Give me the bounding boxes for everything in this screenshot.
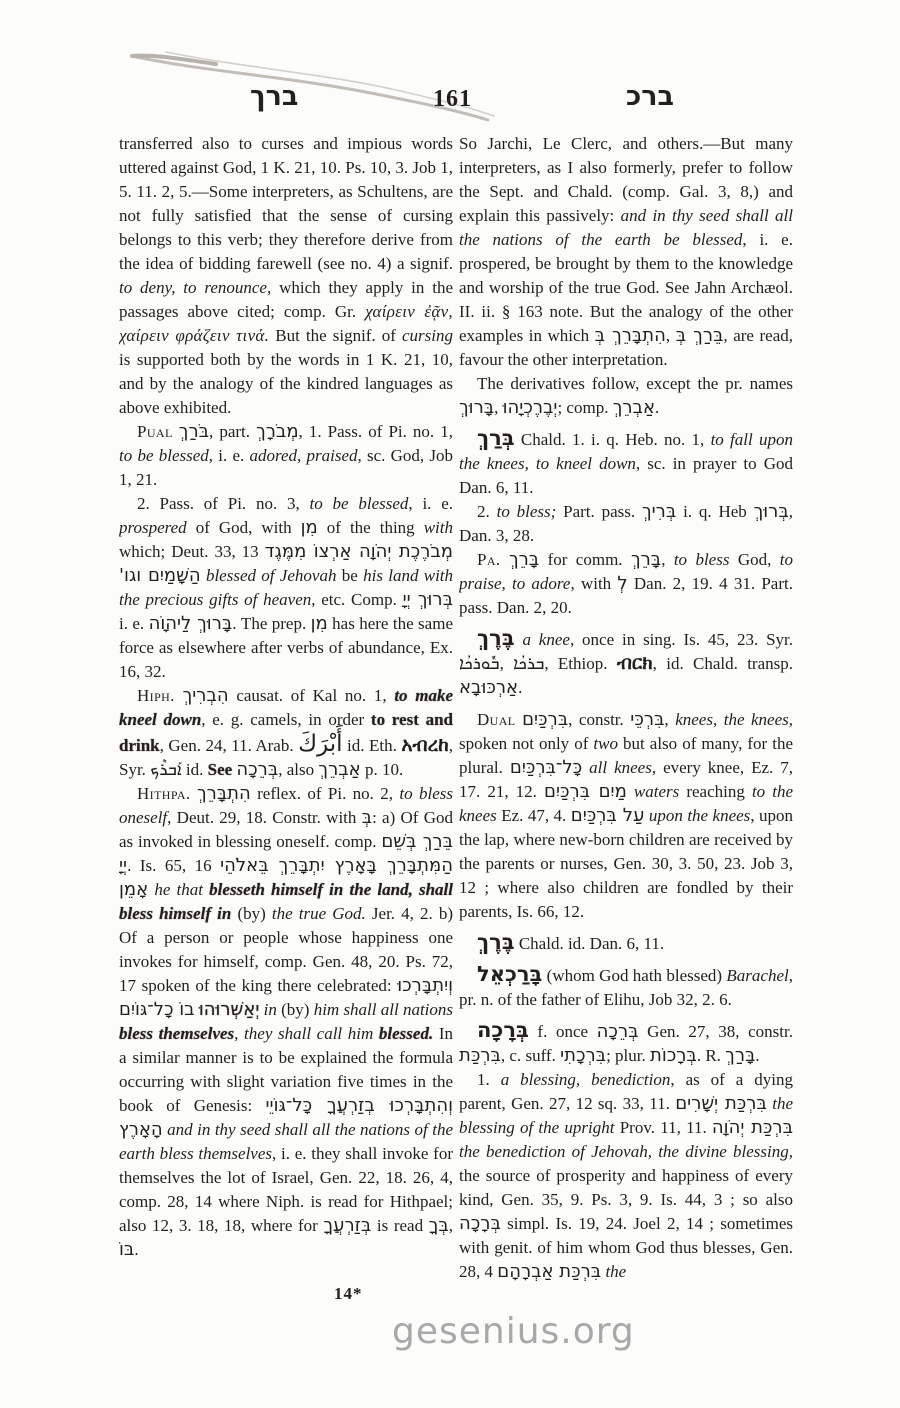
paragraph: Hithpa. הִתְבָּרֵךְ reflex. of Pi. no. 2…: [119, 782, 453, 1262]
italic-text: to be blessed: [310, 494, 409, 513]
body-text: See: [208, 760, 237, 779]
paragraph: בֶּרֶךְ Chald. id. Dan. 6, 11.: [459, 932, 793, 956]
hebrew-headword: בֶּרֶךְ: [477, 626, 515, 650]
hebrew-text: מְבֹרָךְ: [256, 421, 298, 442]
italic-text: cursing: [402, 326, 453, 345]
hebrew-text: בְּרָכָה: [459, 1213, 501, 1234]
hebrew-text: בְּזַרְעֲךָ: [323, 1215, 371, 1236]
body-text: ,: [661, 550, 674, 569]
syriac-text: ܐܰܒܪܶܟ: [150, 760, 181, 779]
body-text: for comm.: [539, 550, 631, 569]
hebrew-text: בְּרֵכָה: [597, 1021, 639, 1042]
italic-text: waters: [634, 782, 679, 801]
body-text: , i. e.: [209, 446, 250, 465]
body-text: Prov. 11, 11.: [614, 1118, 711, 1137]
italic-text: to bless;: [497, 502, 557, 521]
hebrew-text: בִּרְכַּת יְהֹוָה: [712, 1117, 793, 1138]
body-text: of the thing: [318, 518, 424, 537]
italic-text: prospered: [119, 518, 187, 537]
body-text: But the signif. of: [269, 326, 402, 345]
body-text: reflex. of Pi. no. 2,: [251, 784, 400, 803]
body-text: , constr.: [568, 710, 630, 729]
body-text: , i. e.: [408, 494, 453, 513]
italic-text: him shall all nations: [314, 1000, 453, 1019]
body-text: , also: [278, 760, 318, 779]
body-text: Gen. 27, 38, constr.: [639, 1022, 793, 1041]
body-text: transferred also to curses and impious w…: [119, 134, 453, 273]
body-text: ,: [666, 326, 676, 345]
italic-text: upon the knees: [649, 806, 750, 825]
body-text: Chald. id. Dan. 6, 11.: [515, 934, 665, 953]
header-hebrew-left: ברך: [250, 82, 298, 112]
body-text: God,: [729, 550, 779, 569]
paragraph: 1. a blessing, benediction, as of a dyin…: [459, 1068, 793, 1284]
italic-text: adored, praised: [249, 446, 357, 465]
hebrew-text: הִתְבָּרֵךְ בְּ: [595, 325, 666, 346]
hebrew-text: בְּרוּךְ: [754, 501, 789, 522]
body-text: , Ethiop.: [544, 654, 616, 673]
paragraph: בְּרַךְ Chald. 1. i. q. Heb. no. 1, to f…: [459, 428, 793, 500]
hebrew-text: בִּרְכַּת: [459, 1045, 501, 1066]
body-text: , id. Chald. transp.: [653, 654, 793, 673]
paragraph: 2. to bless; Part. pass. בְּרִיךְ i. q. …: [459, 500, 793, 548]
hebrew-text: מַיִם בִּרְכַּיִם: [544, 781, 627, 802]
hebrew-text: בְּרוּךְ יְיָ: [403, 589, 453, 610]
grammar-form-label: Pa.: [477, 550, 501, 569]
hebrew-text: בִּרְכַּת יְשָׁרִים: [675, 1093, 767, 1114]
hebrew-text: כָּל־בִּרְכַּיִם: [510, 757, 582, 778]
italic-text: knees, the knees: [675, 710, 789, 729]
body-text: . Is. 65, 16: [127, 856, 220, 875]
hebrew-text: בְּרִיךְ: [642, 501, 676, 522]
right-column: So Jarchi, Le Clerc, and others.—But man…: [459, 132, 793, 1308]
paragraph: בְּרָכָה f. once בְּרֵכָה Gen. 27, 38, c…: [459, 1020, 793, 1068]
body-text: Part. pass.: [556, 502, 642, 521]
body-text: is supported both by the words in 1 K. 2…: [119, 350, 453, 417]
body-text: id.: [182, 760, 208, 779]
paragraph: 2. Pass. of Pi. no. 3, to be blessed, i.…: [119, 492, 453, 684]
italic-text: Barachel: [726, 966, 788, 985]
body-text: 2.: [477, 502, 497, 521]
hebrew-text: הִתְבָּרֵךְ: [197, 783, 251, 804]
body-text: , c. suff.: [501, 1046, 560, 1065]
paragraph: Hiph. הִבְרִיךְ causat. of Kal no. 1, to…: [119, 684, 453, 782]
body-text: causat. of Kal no. 1,: [229, 686, 395, 705]
paragraph: בֶּרֶךְ a knee, once in sing. Is. 45, 23…: [459, 628, 793, 700]
body-text: p. 10.: [361, 760, 404, 779]
paragraph: The derivatives follow, except the pr. n…: [459, 372, 793, 420]
left-column: transferred also to curses and impious w…: [119, 132, 453, 1290]
hebrew-text: בֹּרַךְ: [179, 421, 209, 442]
italic-text: he that: [154, 880, 209, 899]
hebrew-text: אַרְכּוּבָא: [459, 677, 518, 698]
body-text: be: [336, 566, 363, 585]
paragraph: בָּרַכְאֵל (whom God hath blessed) Barac…: [459, 964, 793, 1012]
body-text: which; Deut. 33, 13: [119, 542, 265, 561]
hebrew-text: אַבְרֵךְ: [318, 759, 360, 780]
body-text: [627, 782, 634, 801]
body-text: 1.: [477, 1070, 501, 1089]
body-text: .: [518, 678, 522, 697]
header-hebrew-right: ברכ: [626, 82, 674, 112]
italic-text: blessed of Jehovah: [206, 566, 337, 585]
hebrew-text: בְּרָכוֹת: [650, 1045, 697, 1066]
hebrew-headword: בְּרַךְ: [477, 426, 515, 450]
grammar-form-label: Hiph.: [137, 686, 175, 705]
italic-text: the true God.: [272, 904, 366, 923]
book-page: ברך 161 ברכ transferred also to curses a…: [0, 0, 900, 1408]
body-text: , e. g. camels, in order: [201, 710, 371, 729]
hebrew-text: בְּךָ: [429, 1215, 449, 1236]
arabic-text: أَبْرَكَ: [298, 731, 342, 756]
hebrew-text: בִּרְכַּת אַבְרָהָם: [497, 1261, 601, 1282]
italic-text: to be blessed: [119, 446, 209, 465]
hebrew-text: עַל בִּרְכַּיִם: [571, 805, 645, 826]
hebrew-text: יְאַשְּׁרוּהוּ: [199, 999, 260, 1020]
paragraph: Pa. בָּרֵךְ for comm. בָּרֵךְ, to bless …: [459, 548, 793, 620]
body-text: id. Eth.: [343, 736, 402, 755]
hebrew-text: בָּרֵךְ: [631, 549, 661, 570]
hebrew-text: אַבְרֵךְ: [613, 397, 655, 418]
hebrew-text: בֵּרַךְ בְּ: [676, 325, 724, 346]
italic-text: two: [593, 734, 618, 753]
syriac-text: ܒܪܟܳܐ: [513, 654, 544, 673]
italic-text: with: [424, 518, 453, 537]
italic-text: the benediction of Jehovah, the divine b…: [459, 1142, 789, 1161]
body-text: , etc. Comp.: [311, 590, 402, 609]
italic-text: all knees: [589, 758, 652, 777]
body-text: . R.: [697, 1046, 725, 1065]
italic-text: to deny, to renounce: [119, 278, 267, 297]
body-text: , with: [570, 574, 617, 593]
hebrew-text: לְ: [617, 573, 627, 594]
hebrew-headword: בְּרָכָה: [477, 1018, 529, 1042]
italic-text: blessed.: [379, 1024, 433, 1043]
italic-text: , they shall call him: [234, 1024, 379, 1043]
hebrew-text: בָּרוּךְ לַיהוָֹה: [149, 613, 233, 634]
body-text: is read: [371, 1216, 428, 1235]
body-text: , Gen. 24, 11. Arab.: [160, 736, 298, 755]
hebrew-text: בְּרֵכָה: [236, 759, 278, 780]
hebrew-text: בְּ: [362, 807, 372, 828]
body-text: , part.: [209, 422, 256, 441]
italic-text: to bless: [674, 550, 730, 569]
signature-mark: 14*: [334, 1284, 363, 1304]
hebrew-text: בּוֹ: [119, 1239, 134, 1260]
ethiopic-text: ብርክ: [617, 653, 653, 674]
hebrew-text: בִּרְכַּיִם: [522, 709, 568, 730]
grammar-form-label: Pual: [137, 422, 173, 441]
italic-text: a knee: [522, 630, 570, 649]
hebrew-text: מִן: [311, 613, 328, 634]
body-text: , once in sing. Is. 45, 23. Syr.: [570, 630, 793, 649]
syriac-text: ܒܽܘܪܟܳܐ: [459, 654, 500, 673]
paragraph: Dual בִּרְכַּיִם, constr. בִּרְכֵּי, kne…: [459, 708, 793, 924]
hebrew-text: בִּרְכֵּי: [630, 709, 664, 730]
ethiopic-text: አብረከ: [401, 735, 448, 756]
hebrew-text: בָּרֵךְ: [509, 549, 539, 570]
hebrew-headword: בֶּרֶךְ: [477, 930, 515, 954]
hebrew-text: מִן: [301, 517, 318, 538]
body-text: 2. Pass. of Pi. no. 3,: [137, 494, 310, 513]
italic-text: in: [264, 1000, 277, 1019]
body-text: (by): [277, 1000, 314, 1019]
grammar-form-label: Dual: [477, 710, 516, 729]
body-text: , 1. Pass. of Pi. no. 1,: [299, 422, 453, 441]
body-text: Ez. 47, 4.: [497, 806, 571, 825]
body-text: . The prep.: [232, 614, 310, 633]
body-text: f. once: [529, 1022, 597, 1041]
hebrew-text: בָּרוּךְ: [459, 397, 494, 418]
paragraph: transferred also to curses and impious w…: [119, 132, 453, 420]
body-text: ,: [664, 710, 675, 729]
body-text: The derivatives follow, except the pr. n…: [477, 374, 793, 393]
body-text: (by): [231, 904, 272, 923]
body-text: ,: [449, 1216, 453, 1235]
hebrew-text: יְבֶרֶכְיָהוּ: [503, 397, 558, 418]
body-text: , Deut. 29, 18. Constr. with: [167, 808, 362, 827]
body-text: reaching: [679, 782, 752, 801]
body-text: ; comp.: [557, 398, 612, 417]
grammar-form-label: Hithpa.: [137, 784, 191, 803]
body-text: ; plur.: [606, 1046, 650, 1065]
body-text: [501, 550, 509, 569]
body-text: ,: [494, 398, 503, 417]
body-text: .: [134, 1240, 138, 1259]
hebrew-headword: בָּרַכְאֵל: [477, 962, 542, 986]
paragraph: Pual בֹּרַךְ, part. מְבֹרָךְ, 1. Pass. o…: [119, 420, 453, 492]
body-text: ,: [500, 654, 514, 673]
hebrew-text: בִּרְכָתִי: [560, 1045, 606, 1066]
body-text: i. e.: [119, 614, 149, 633]
watermark: gesenius.org: [392, 1312, 635, 1352]
body-text: Chald. 1. i. q. Heb. no. 1,: [515, 430, 711, 449]
body-text: (whom God hath blessed): [542, 966, 726, 985]
hebrew-text: בָּרַךְ: [725, 1045, 755, 1066]
body-text: of God, with: [187, 518, 301, 537]
page-number: 161: [433, 86, 472, 113]
body-text: .: [755, 1046, 759, 1065]
body-text: .: [655, 398, 659, 417]
italic-text: the: [605, 1262, 626, 1281]
paragraph: So Jarchi, Le Clerc, and others.—But man…: [459, 132, 793, 372]
hebrew-text: הִבְרִיךְ: [183, 685, 229, 706]
body-text: [175, 686, 183, 705]
italic-text: bless themselves: [119, 1024, 234, 1043]
body-text: i. q. Heb: [676, 502, 753, 521]
italic-text: a blessing, benediction: [501, 1070, 671, 1089]
